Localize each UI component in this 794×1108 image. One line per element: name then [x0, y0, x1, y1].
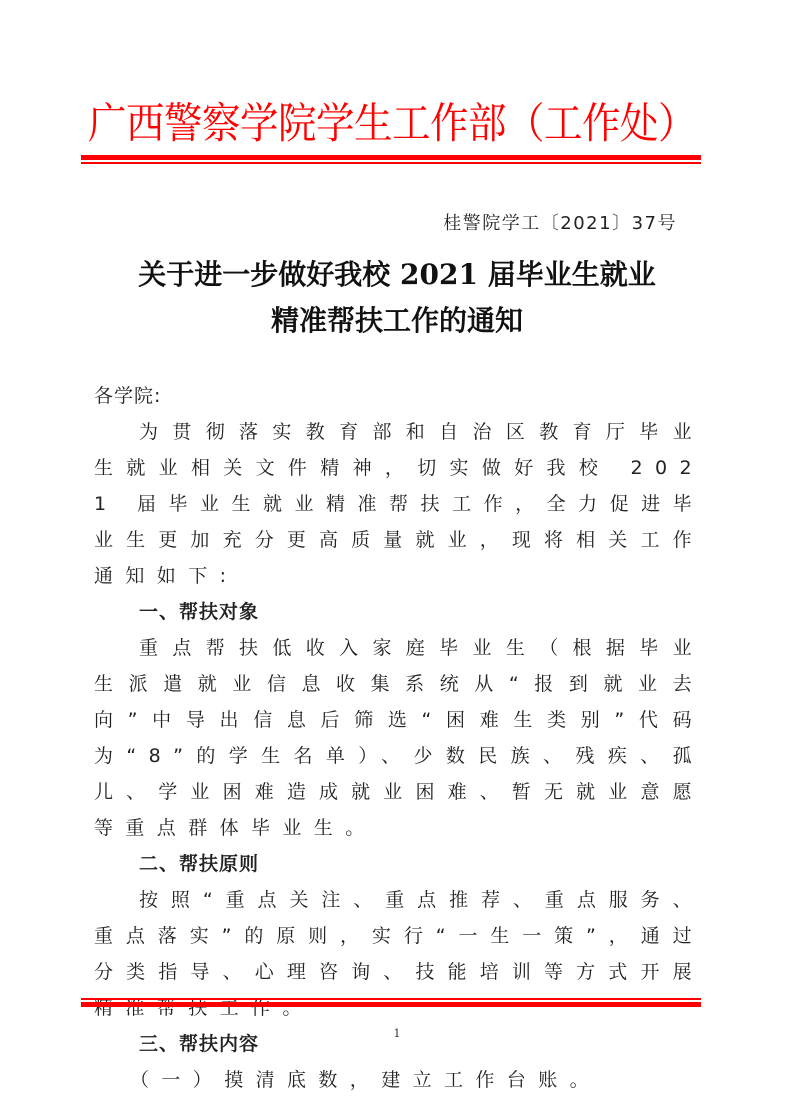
- section-heading-principles: 二、帮扶原则: [94, 846, 704, 882]
- page-number: 1: [0, 1027, 794, 1041]
- notice-title-line-1: 关于进一步做好我校 2021 届毕业生就业: [0, 253, 794, 297]
- salutation: 各学院:: [94, 378, 704, 414]
- footer-rule-thin: [81, 998, 701, 1000]
- header-rule-thin: [81, 162, 701, 164]
- intro-paragraph: 为贯彻落实教育部和自治区教育厅毕业生就业相关文件精神，切实做好我校 2021 届…: [94, 414, 704, 594]
- section-heading-targets: 一、帮扶对象: [94, 594, 704, 630]
- section-text-targets: 重点帮扶低收入家庭毕业生（根据毕业生派遣就业信息收集系统从“报到就业去向”中导出…: [94, 630, 704, 846]
- document-number: 桂警院学工〔2021〕37号: [443, 211, 677, 237]
- header-rule-thick: [81, 155, 701, 160]
- org-title: 广西警察学院学生工作部（工作处）: [88, 94, 708, 156]
- subsection-heading-ledger: （一）摸清底数，建立工作台账。: [94, 1062, 704, 1098]
- footer-rule-thick: [81, 1002, 701, 1007]
- notice-title-line-2: 精准帮扶工作的通知: [0, 299, 794, 343]
- document-body: 各学院: 为贯彻落实教育部和自治区教育厅毕业生就业相关文件精神，切实做好我校 2…: [94, 378, 704, 1098]
